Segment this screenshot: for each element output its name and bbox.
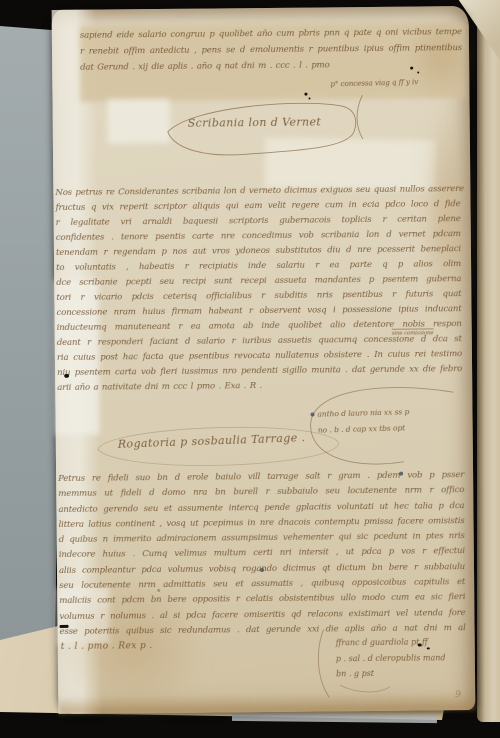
folio-mark: 9: [455, 690, 461, 700]
entry1-heading: Scribania lon d Vernet: [188, 115, 322, 129]
ink-blot: [427, 647, 430, 649]
ink-blot: [64, 374, 69, 378]
ink-dot: [311, 413, 315, 417]
ink-blot: [418, 643, 422, 646]
signature-underline: [340, 685, 390, 692]
ink-blot: [417, 71, 419, 73]
ink-dot: [399, 472, 403, 476]
ink-smear: [60, 625, 69, 628]
signature-flourish: [318, 629, 329, 697]
manuscript-page: sapiend eide salario congruu p quolibet …: [52, 6, 476, 714]
next-folio-edge: [477, 4, 500, 722]
ink-dot: [157, 589, 160, 592]
heading1-bracket: [357, 95, 363, 139]
chancery-signature: ffranc d guardiola pt ffp . sal . d cler…: [336, 634, 472, 682]
ink-dot: [260, 568, 264, 572]
previous-entry-text: sapiend eide salario congruu p quolibet …: [80, 24, 462, 76]
entry1-body: Nos petrus re Considerantes scribania lo…: [55, 182, 462, 396]
manuscript-photo: sapiend eide salario congruu p quolibet …: [0, 0, 500, 738]
ink-blot: [304, 93, 307, 96]
entry2-body: Petrus re fideli suo bn d erole baiulo v…: [58, 468, 466, 640]
ink-blot: [410, 67, 413, 70]
entry2-closing: t . l . pmo . Rex p .: [61, 641, 153, 652]
interline-insertion-note: sine comissione: [392, 328, 434, 336]
fee-margin-note: antho d lauro nia xx ss pno . b . d cap …: [317, 403, 454, 439]
ink-blot: [308, 98, 310, 100]
under-page-gray-sliver: [232, 713, 437, 723]
